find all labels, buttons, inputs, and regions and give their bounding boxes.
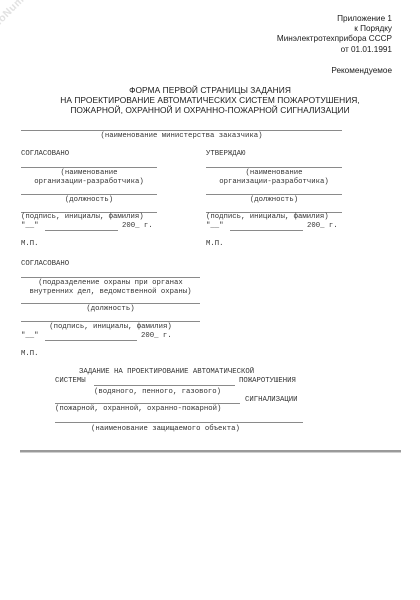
left-org-line [21, 167, 157, 168]
right-date-year: 200_ г. [307, 222, 338, 231]
right-date-month-line [230, 230, 303, 231]
right-org-line [206, 167, 342, 168]
object-name-line [55, 422, 303, 423]
right-org-caption-2: организации-разработчика) [206, 178, 342, 187]
security-approval-heading: СОГЛАСОВАНО [21, 260, 69, 269]
left-org-caption-2: организации-разработчика) [21, 178, 157, 187]
security-unit-line [21, 277, 200, 278]
security-signature-caption: (подпись, инициалы, фамилия) [21, 323, 200, 332]
left-date-month-line [45, 230, 118, 231]
left-date-day: "__" [21, 222, 39, 231]
security-stamp-label: М.П. [21, 350, 39, 359]
page-bottom-rule [20, 450, 401, 453]
right-org-caption-1: (наименование [206, 169, 342, 178]
left-stamp-label: М.П. [21, 240, 39, 249]
right-stamp-label: М.П. [206, 240, 224, 249]
title-line: ПОЖАРНОЙ, ОХРАННОЙ И ОХРАННО-ПОЖАРНОЙ СИ… [0, 105, 420, 115]
watermark-text: NoNumber.ru [0, 0, 49, 30]
ministry-caption: (наименование министерства заказчика) [21, 132, 342, 141]
system-label: СИСТЕМЫ [55, 377, 86, 386]
right-position-caption: (должность) [206, 196, 342, 205]
security-position-line [21, 303, 200, 304]
security-date-year: 200_ г. [141, 332, 172, 341]
right-signature-caption: (подпись, инициалы, фамилия) [206, 213, 329, 222]
right-position-line [206, 194, 342, 195]
left-signature-caption: (подпись, инициалы, фамилия) [21, 213, 144, 222]
document-title: ФОРМА ПЕРВОЙ СТРАНИЦЫ ЗАДАНИЯ НА ПРОЕКТИ… [0, 85, 420, 116]
extinguishing-label: ПОЖАРОТУШЕНИЯ [239, 377, 296, 386]
appendix-line: от 01.01.1991 [277, 45, 392, 55]
security-position-caption: (должность) [21, 305, 200, 314]
security-unit-caption-2: внутренних дел, ведомственной охраны) [21, 288, 200, 297]
right-date-day: "__" [206, 222, 224, 231]
extinguishing-caption: (водяного, пенного, газового) [94, 388, 221, 397]
security-date-month-line [45, 340, 137, 341]
left-position-caption: (должность) [21, 196, 157, 205]
recommended-label: Рекомендуемое [331, 66, 392, 76]
appendix-line: Приложение 1 [277, 14, 392, 24]
alarm-label: СИГНАЛИЗАЦИИ [245, 396, 298, 405]
appendix-line: к Порядку [277, 24, 392, 34]
appendix-header: Приложение 1 к Порядку Минэлектротехприб… [277, 14, 392, 55]
appendix-line: Минэлектротехприбора СССР [277, 34, 392, 44]
left-approval-heading: СОГЛАСОВАНО [21, 150, 69, 159]
ministry-line [21, 130, 342, 131]
alarm-type-line [55, 403, 240, 404]
security-unit-caption-1: (подразделение охраны при органах [21, 279, 200, 288]
object-caption: (наименование защищаемого объекта) [91, 425, 240, 434]
left-date-year: 200_ г. [122, 222, 153, 231]
security-date-day: "__" [21, 332, 39, 341]
left-org-caption-1: (наименование [21, 169, 157, 178]
right-approval-heading: УТВЕРЖДАЮ [206, 150, 245, 159]
left-position-line [21, 194, 157, 195]
security-signature-line [21, 321, 200, 322]
alarm-caption: (пожарной, охранной, охранно-пожарной) [55, 405, 221, 414]
task-heading: ЗАДАНИЕ НА ПРОЕКТИРОВАНИЕ АВТОМАТИЧЕСКОЙ [79, 368, 254, 377]
title-line: НА ПРОЕКТИРОВАНИЕ АВТОМАТИЧЕСКИХ СИСТЕМ … [0, 95, 420, 105]
title-line: ФОРМА ПЕРВОЙ СТРАНИЦЫ ЗАДАНИЯ [0, 85, 420, 95]
extinguishing-type-line [94, 385, 235, 386]
